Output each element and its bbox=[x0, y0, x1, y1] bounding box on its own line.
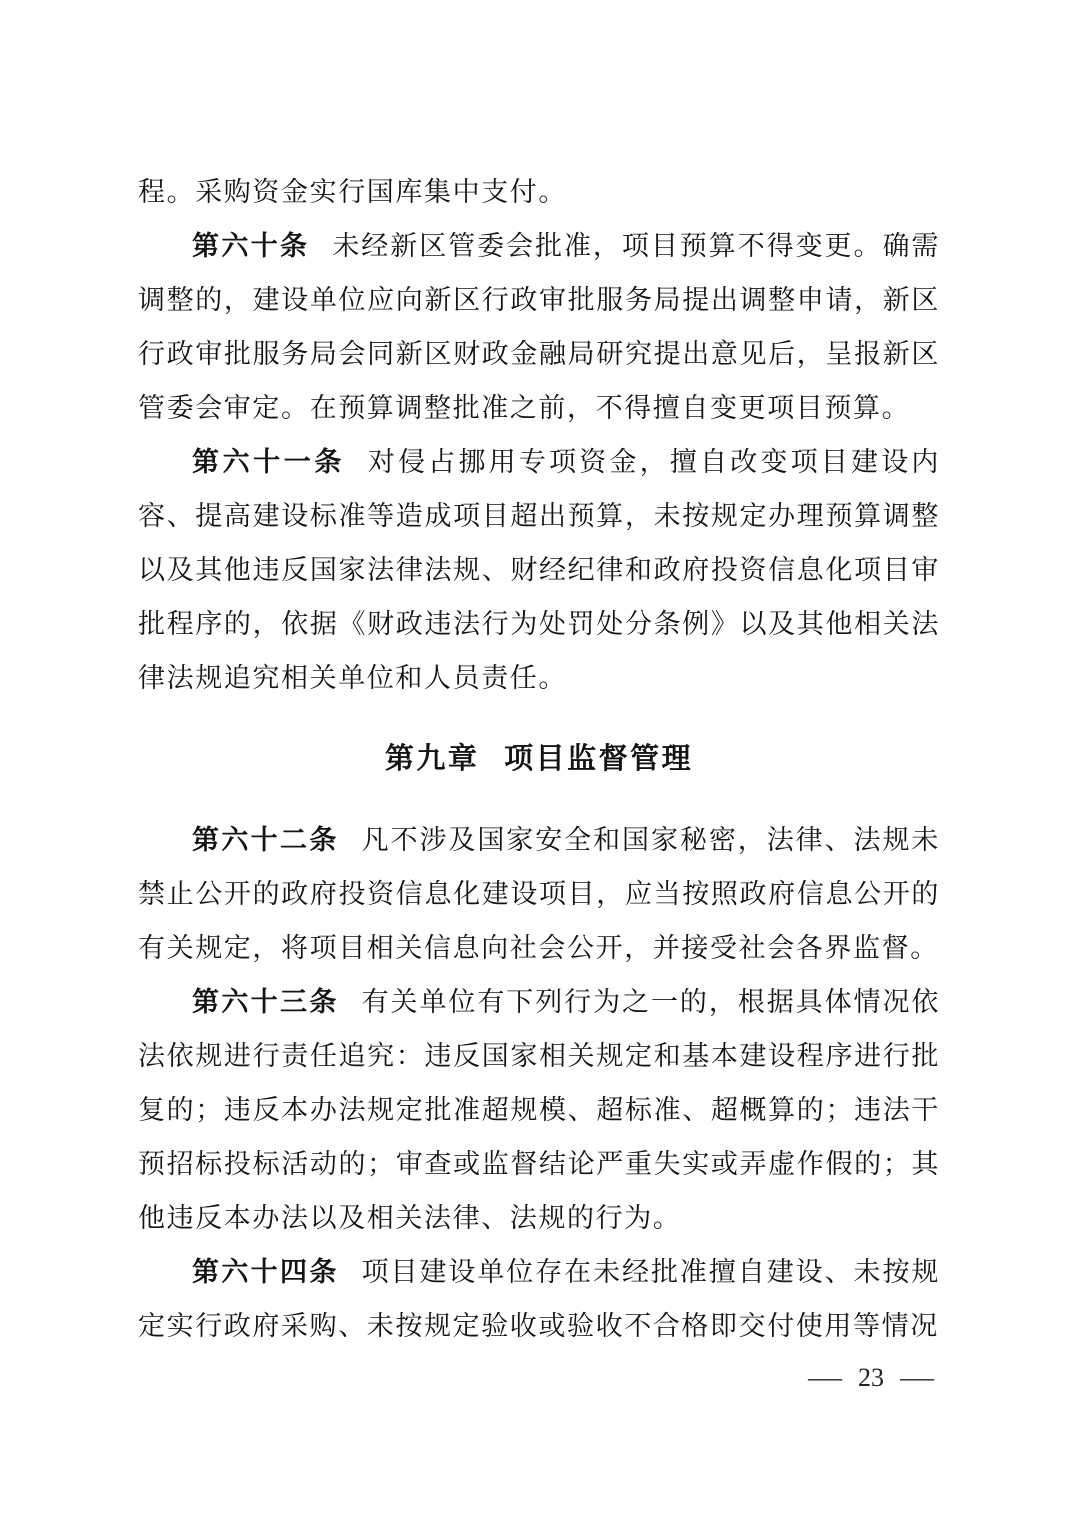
page-number: 23 bbox=[858, 1363, 884, 1393]
article-62: 第六十二条凡不涉及国家安全和国家秘密，法律、法规未禁止公开的政府投资信息化建设项… bbox=[138, 813, 940, 975]
document-page: 程。采购资金实行国库集中支付。 第六十条未经新区管委会批准，项目预算不得变更。确… bbox=[0, 0, 1074, 1520]
article-60: 第六十条未经新区管委会批准，项目预算不得变更。确需调整的，建设单位应向新区行政审… bbox=[138, 219, 940, 435]
footer-left-dash: — bbox=[808, 1363, 842, 1393]
article-64-number: 第六十四条 bbox=[192, 1257, 339, 1287]
article-61-number: 第六十一条 bbox=[192, 447, 345, 477]
article-61-text: 对侵占挪用专项资金，擅自改变项目建设内容、提高建设标准等造成项目超出预算，未按规… bbox=[138, 447, 940, 693]
article-63-number: 第六十三条 bbox=[192, 987, 339, 1017]
article-63-text: 有关单位有下列行为之一的，根据具体情况依法依规进行责任追究：违反国家相关规定和基… bbox=[138, 987, 940, 1233]
paragraph-continuation: 程。采购资金实行国库集中支付。 bbox=[138, 165, 940, 219]
article-63: 第六十三条有关单位有下列行为之一的，根据具体情况依法依规进行责任追究：违反国家相… bbox=[138, 975, 940, 1245]
article-62-number: 第六十二条 bbox=[192, 825, 339, 855]
article-61: 第六十一条对侵占挪用专项资金，擅自改变项目建设内容、提高建设标准等造成项目超出预… bbox=[138, 435, 940, 705]
article-60-number: 第六十条 bbox=[192, 231, 309, 261]
page-footer: — 23 — bbox=[812, 1358, 930, 1398]
chapter-heading: 第九章项目监督管理 bbox=[138, 732, 940, 786]
document-body: 程。采购资金实行国库集中支付。 第六十条未经新区管委会批准，项目预算不得变更。确… bbox=[138, 165, 940, 1353]
chapter-title: 项目监督管理 bbox=[504, 743, 693, 775]
footer-right-dash: — bbox=[900, 1363, 934, 1393]
article-64: 第六十四条项目建设单位存在未经批准擅自建设、未按规定实行政府采购、未按规定验收或… bbox=[138, 1245, 940, 1353]
chapter-label: 第九章 bbox=[385, 743, 480, 775]
